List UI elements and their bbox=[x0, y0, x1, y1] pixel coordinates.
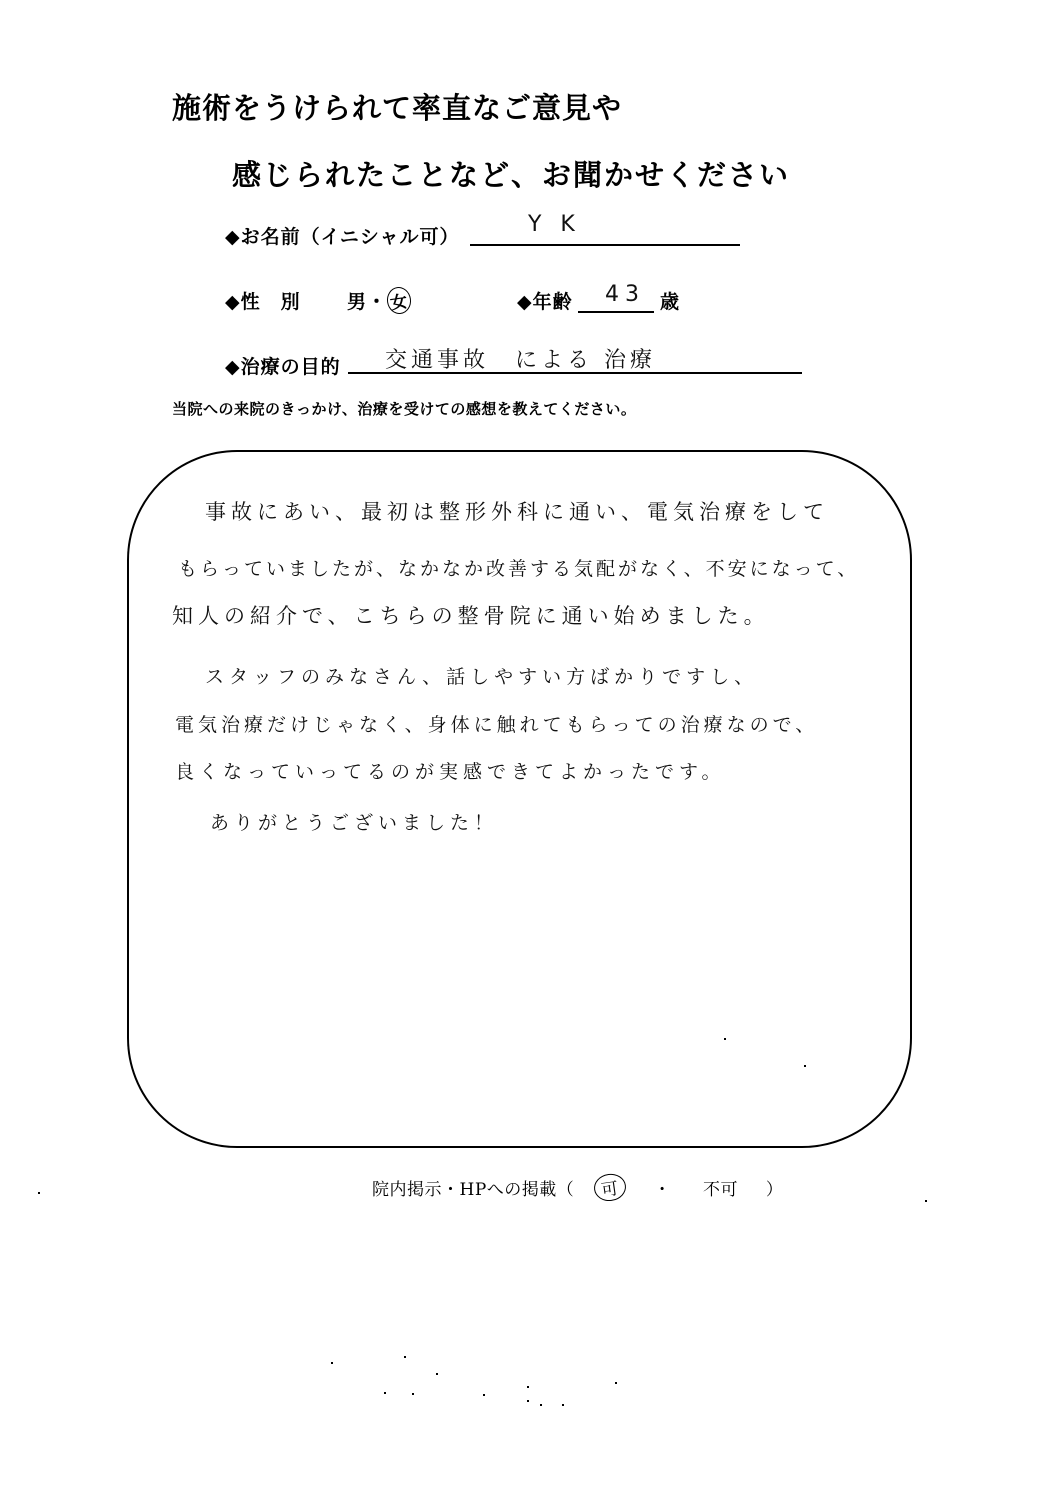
scan-speck bbox=[384, 1392, 386, 1394]
scan-speck bbox=[615, 1382, 617, 1384]
age-unit: 歳 bbox=[660, 287, 680, 314]
gender-option-female-circled[interactable]: 女 bbox=[385, 285, 413, 315]
form-title-line2: 感じられたことなど、お聞かせください bbox=[232, 153, 790, 194]
purpose-value[interactable]: 交通事故 による 治療 bbox=[385, 343, 656, 374]
scan-speck bbox=[527, 1386, 529, 1388]
scan-speck bbox=[483, 1394, 485, 1396]
comment-line: ありがとうございました！ bbox=[210, 808, 498, 835]
gender-option-male[interactable]: 男・ bbox=[347, 291, 387, 313]
comment-line: スタッフのみなさん、話しやすい方ばかりですし、 bbox=[205, 662, 758, 689]
comment-prompt: 当院への来院のきっかけ、治療を受けての感想を教えてください。 bbox=[172, 398, 636, 419]
age-label: ◆年齢 bbox=[517, 287, 573, 314]
publish-consent: 院内掲示・HPへの掲載（ 可 ・ 不可 ） bbox=[372, 1174, 783, 1201]
age-underline bbox=[578, 311, 654, 313]
scan-speck bbox=[724, 1038, 726, 1040]
scan-speck bbox=[925, 1200, 927, 1202]
name-underline bbox=[470, 244, 740, 246]
comment-line: 電気治療だけじゃなく、身体に触れてもらっての治療なので、 bbox=[175, 710, 818, 737]
scan-speck bbox=[331, 1362, 333, 1364]
name-label: ◆お名前（イニシャル可） bbox=[225, 222, 459, 249]
publish-consent-label: 院内掲示・HPへの掲載（ bbox=[372, 1180, 574, 1200]
comment-line: 事故にあい、最初は整形外科に通い、電気治療をして bbox=[205, 496, 829, 526]
age-value[interactable]: 43 bbox=[605, 282, 645, 307]
scan-speck bbox=[804, 1065, 806, 1067]
comment-line: 知人の紹介で、こちらの整骨院に通い始めました。 bbox=[172, 600, 770, 630]
form-title-line1: 施術をうけられて率直なご意見や bbox=[172, 86, 622, 127]
purpose-underline bbox=[348, 372, 802, 374]
publish-option-yes-circled[interactable]: 可 bbox=[592, 1172, 627, 1203]
scan-speck bbox=[436, 1373, 438, 1375]
gender-options[interactable]: 男・女 bbox=[347, 287, 411, 314]
publish-separator: ・ bbox=[654, 1180, 672, 1200]
name-value[interactable]: Y K bbox=[528, 212, 581, 237]
scan-speck bbox=[562, 1404, 564, 1406]
gender-label: ◆性 別 bbox=[225, 287, 301, 314]
comment-line: もらっていましたが、なかなか改善する気配がなく、不安になって、 bbox=[178, 554, 859, 581]
scan-speck bbox=[540, 1404, 542, 1406]
scan-speck bbox=[38, 1192, 40, 1194]
scan-speck bbox=[527, 1400, 529, 1402]
scan-speck bbox=[412, 1393, 414, 1395]
comment-line: 良くなっていってるのが実感できてよかったです。 bbox=[175, 757, 725, 784]
publish-close-paren: ） bbox=[766, 1180, 784, 1200]
purpose-label: ◆治療の目的 bbox=[225, 352, 341, 379]
publish-option-no[interactable]: 不可 bbox=[703, 1180, 738, 1200]
scan-speck bbox=[404, 1356, 406, 1358]
